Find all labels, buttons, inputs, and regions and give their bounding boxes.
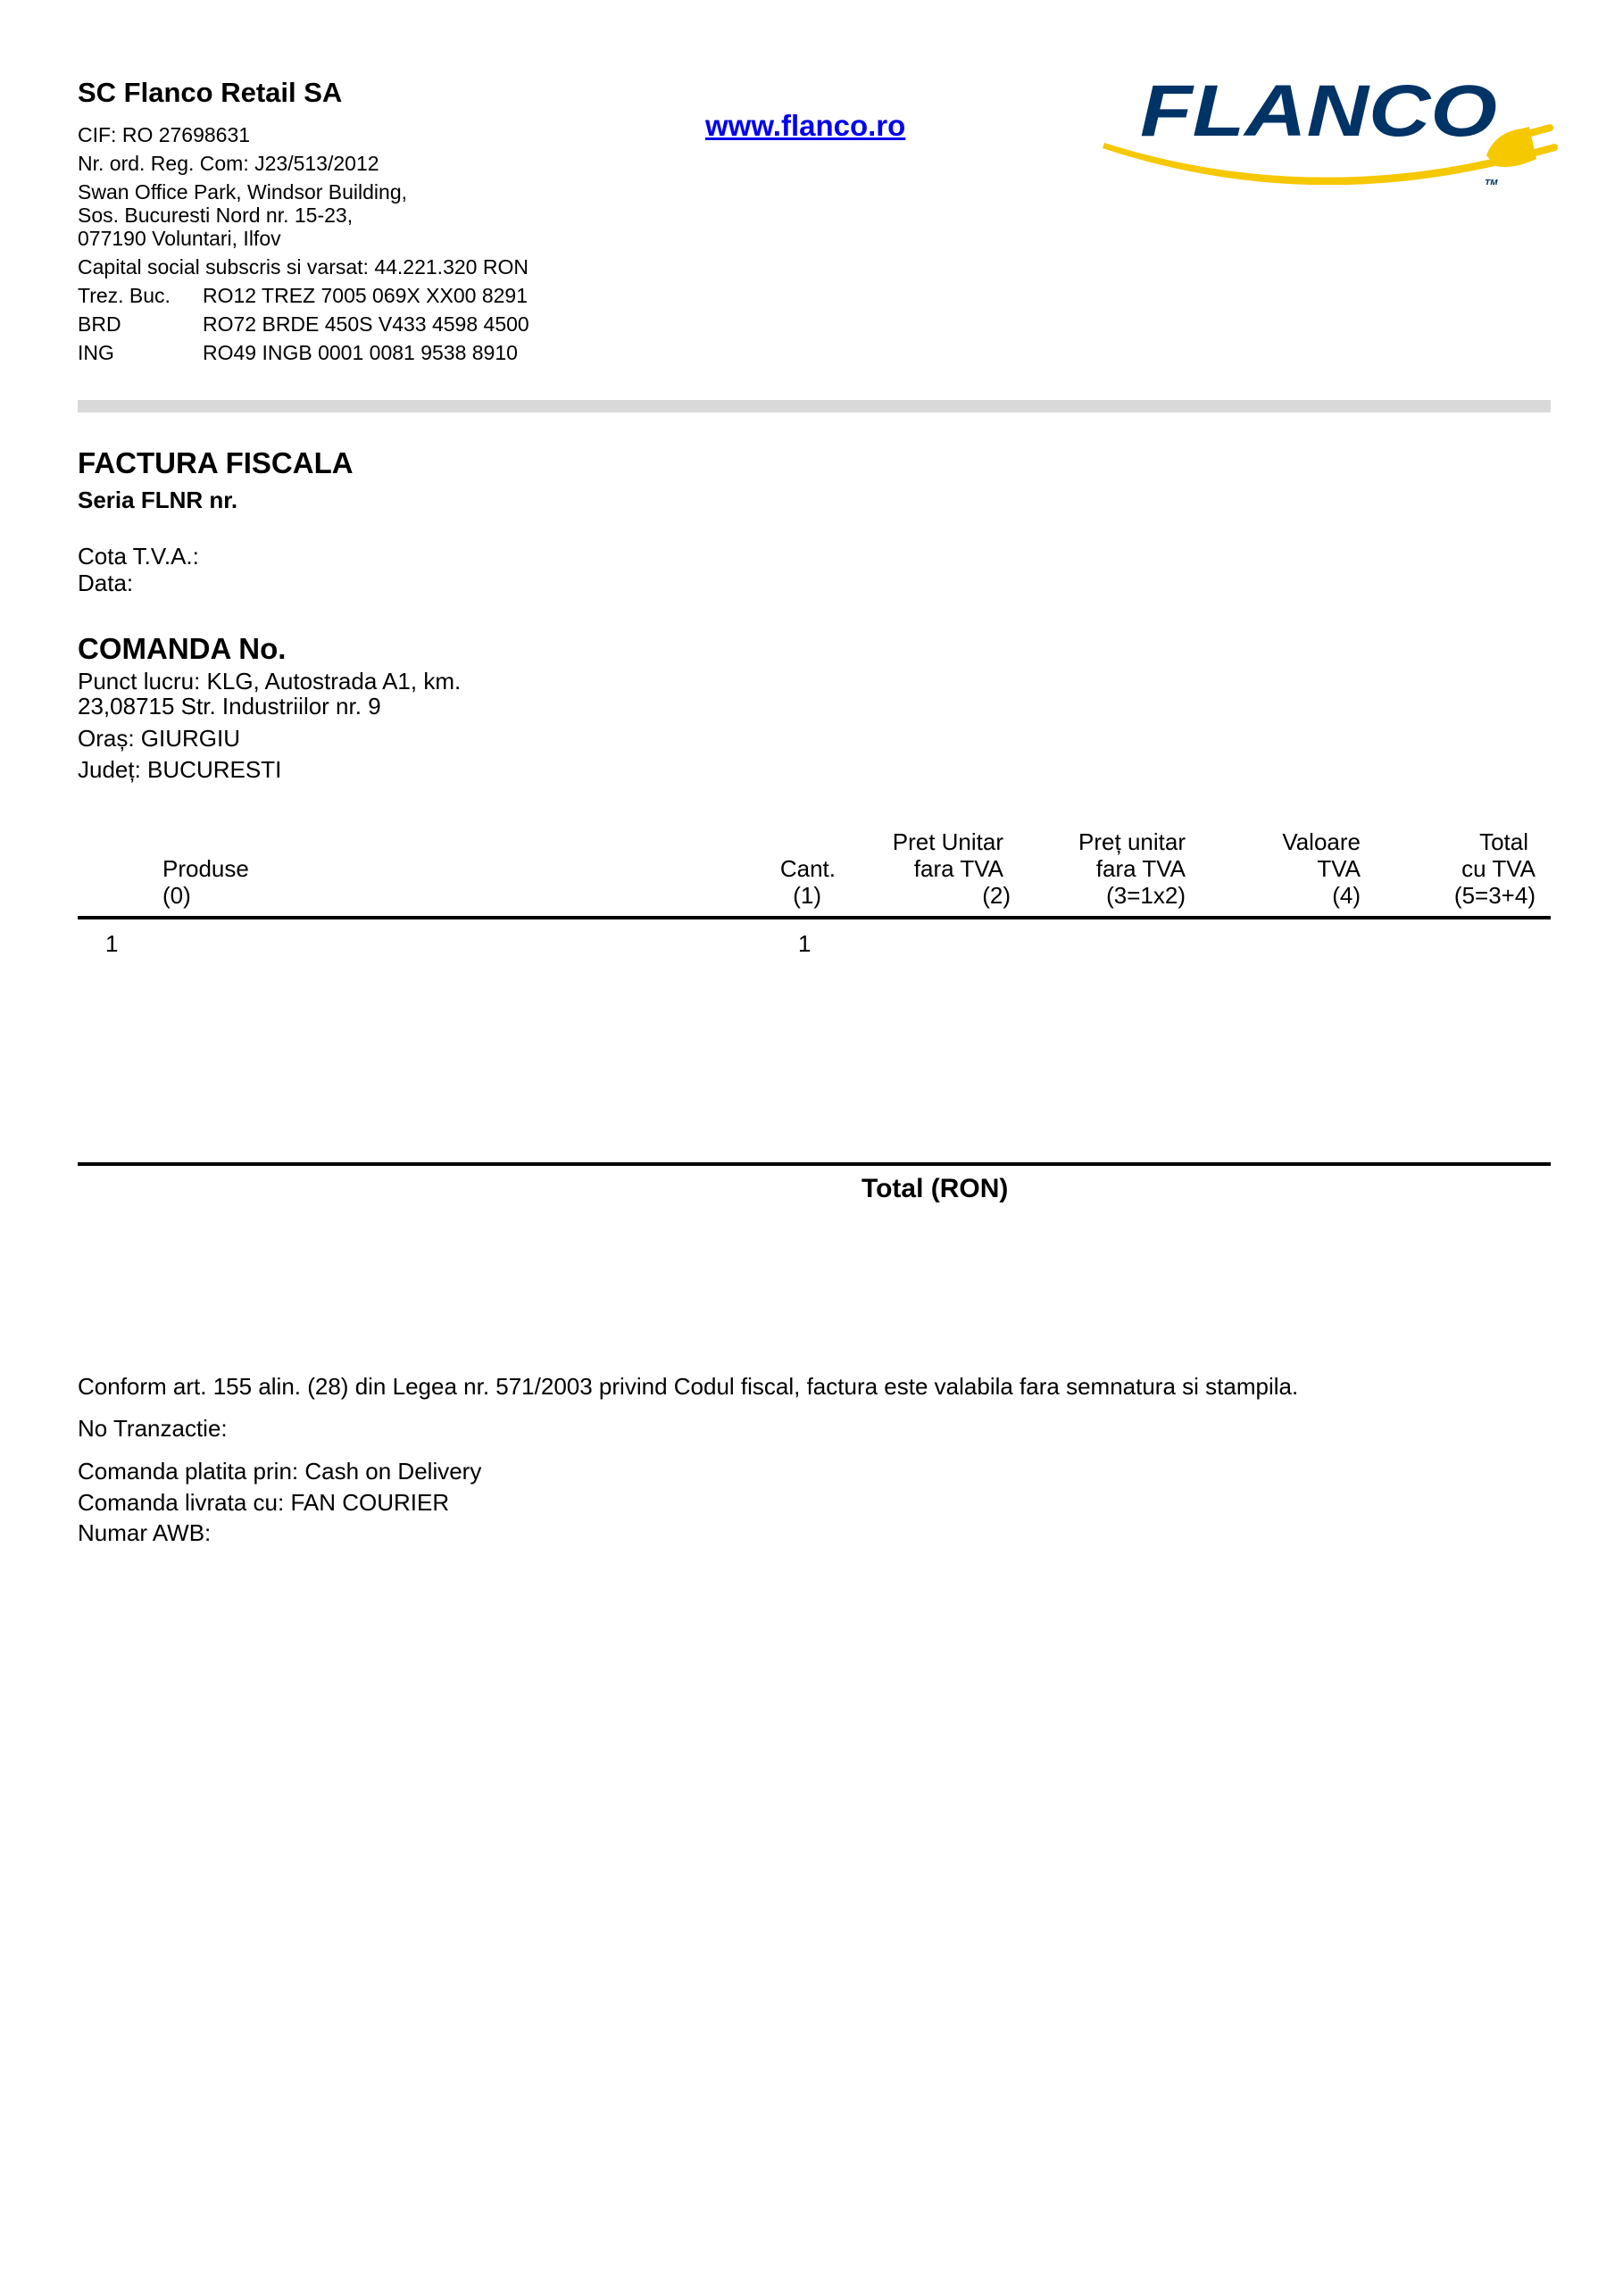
company-capital: Capital social subscris si varsat: 44.22…: [78, 255, 529, 279]
company-reg-com: Nr. ord. Reg. Com: J23/513/2012: [78, 152, 379, 175]
bank-iban: RO49 INGB 0001 0081 9538 8910: [203, 341, 518, 364]
awb-label: Numar AWB:: [78, 1519, 211, 1546]
company-address-line: Swan Office Park, Windsor Building,: [78, 180, 407, 204]
svg-text:TM: TM: [1485, 179, 1498, 185]
column-header-products: Produse (0): [162, 828, 249, 909]
company-cif: CIF: RO 27698631: [78, 123, 250, 146]
website-link[interactable]: www.flanco.ro: [705, 109, 905, 143]
legal-note: Conform art. 155 alin. (28) din Legea nr…: [78, 1373, 1298, 1400]
vat-rate-label: Cota T.V.A.:: [78, 543, 199, 570]
company-address-line: Sos. Bucuresti Nord nr. 15-23,: [78, 204, 353, 227]
company-address-line: 077190 Voluntari, Ilfov: [78, 227, 281, 250]
column-header-unit-price: Pret Unitar fara TVA (2): [893, 828, 1003, 909]
bank-account-row: Trez. Buc. RO12 TREZ 7005 069X XX00 8291: [78, 284, 613, 307]
payment-method: Comanda platita prin: Cash on Delivery: [78, 1458, 481, 1485]
column-header-vat-value: Valoare TVA (4): [1282, 828, 1361, 909]
svg-text:FLANCO: FLANCO: [1140, 73, 1497, 152]
table-row-quantity: 1: [798, 930, 811, 957]
flanco-logo: FLANCO TM: [1103, 73, 1558, 185]
order-title: COMANDA No.: [78, 632, 286, 666]
column-header-value-no-vat: Preț unitar fara TVA (3=1x2): [1078, 828, 1186, 909]
bank-label: Trez. Buc.: [78, 284, 171, 307]
table-footer-rule: [78, 1162, 1551, 1166]
total-label: Total (RON): [861, 1174, 1008, 1204]
order-city: Oraș: GIURGIU: [78, 725, 240, 752]
bank-account-row: BRD RO72 BRDE 450S V433 4598 4500: [78, 312, 613, 336]
work-point-line: 23,08715 Str. Industriilor nr. 9: [78, 693, 381, 720]
bank-iban: RO12 TREZ 7005 069X XX00 8291: [203, 284, 528, 307]
column-header-total: Total cu TVA (5=3+4): [1454, 828, 1536, 909]
section-divider: [78, 400, 1551, 412]
delivery-courier: Comanda livrata cu: FAN COURIER: [78, 1489, 449, 1516]
order-county: Județ: BUCURESTI: [78, 756, 281, 783]
bank-label: ING: [78, 341, 114, 364]
column-header-quantity: Cant. (1): [780, 828, 836, 909]
invoice-date-label: Data:: [78, 570, 133, 596]
invoice-series: Seria FLNR nr.: [78, 487, 237, 514]
bank-account-row: ING RO49 INGB 0001 0081 9538 8910: [78, 341, 613, 364]
bank-label: BRD: [78, 312, 121, 336]
transaction-label: No Tranzactie:: [78, 1415, 228, 1442]
invoice-title: FACTURA FISCALA: [78, 446, 354, 480]
company-name: SC Flanco Retail SA: [78, 77, 342, 109]
work-point-line: Punct lucru: KLG, Autostrada A1, km.: [78, 668, 461, 695]
table-row-index: 1: [105, 930, 118, 957]
logo-plug-icon: [1486, 123, 1558, 167]
table-header-rule: [78, 916, 1551, 919]
bank-iban: RO72 BRDE 450S V433 4598 4500: [203, 312, 529, 336]
